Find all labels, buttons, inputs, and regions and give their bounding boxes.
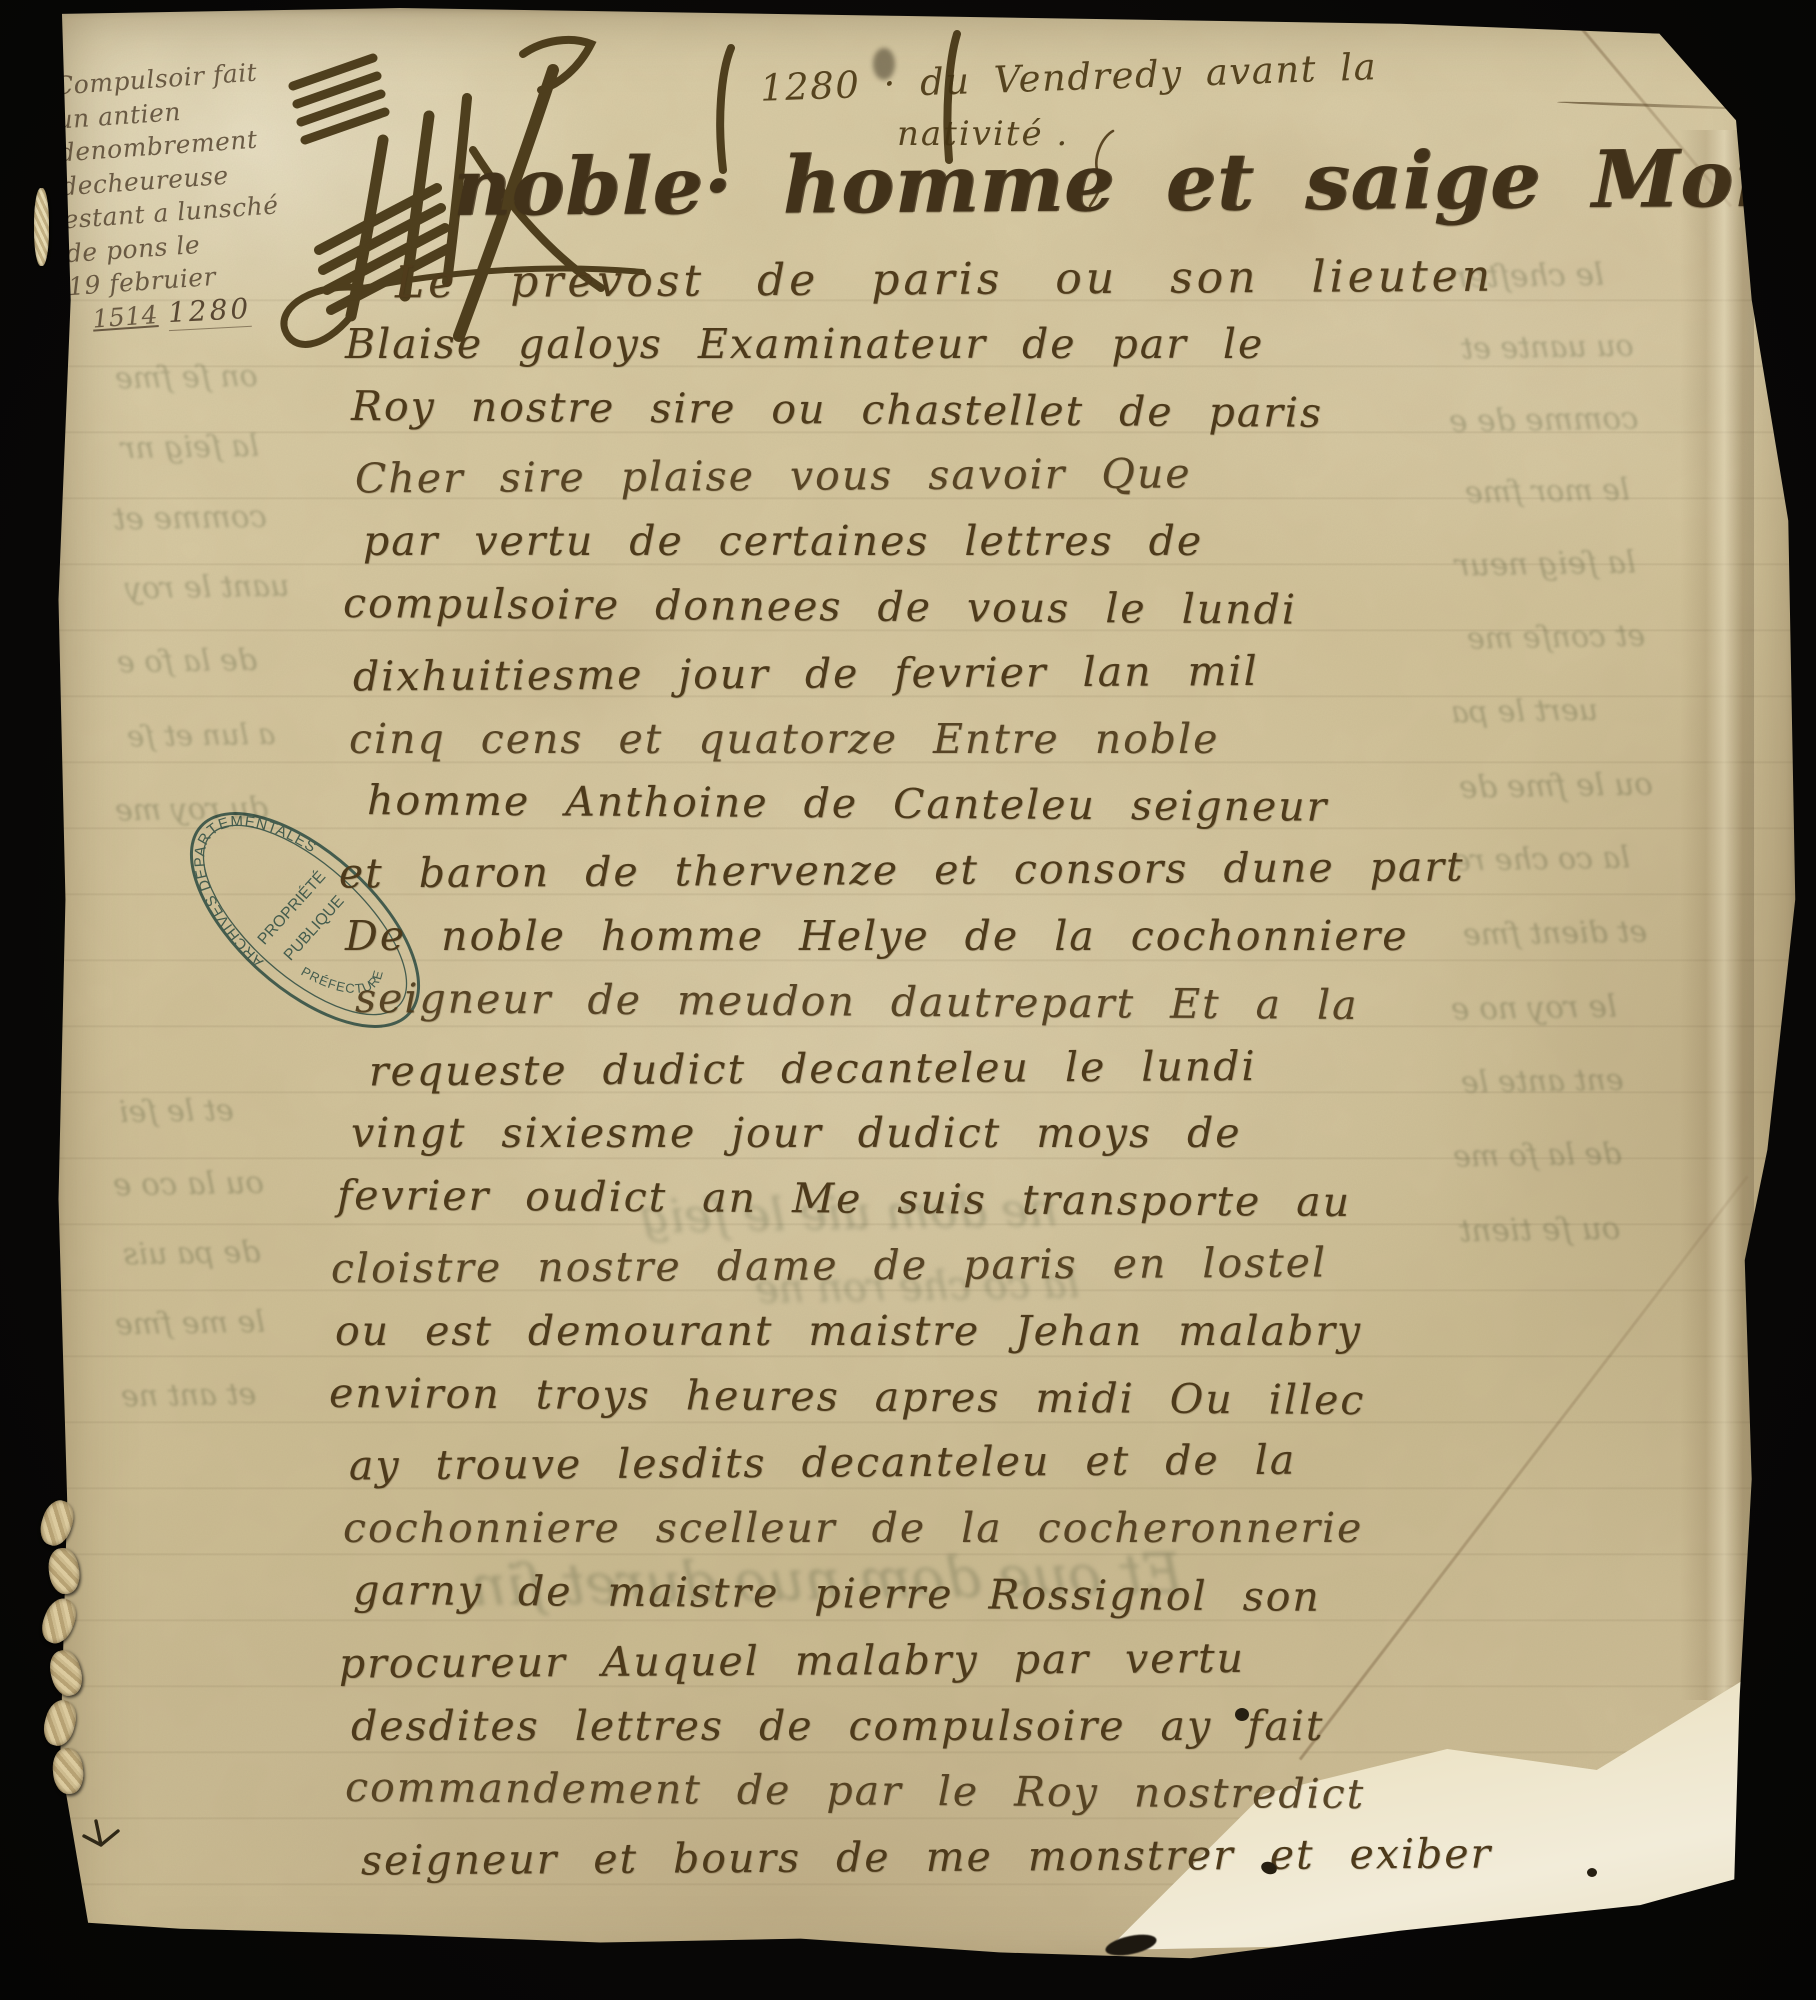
- manuscript-line: environ troys heures apres midi Ou illec: [329, 1368, 1495, 1442]
- vertical-fold: [1680, 130, 1754, 1700]
- manuscript-line: Roy nostre sire ou chastellet de paris: [351, 382, 1495, 456]
- ink-scribble: [1104, 1931, 1159, 1959]
- manuscript-line: compulsoire donnees de vous le lundi: [343, 579, 1495, 653]
- manuscript-line: cochonniere scelleur de la cocheronnerie: [343, 1504, 1494, 1570]
- parchment-sheet: on ſe fme la ſeig nr comme et uant le ro…: [55, 8, 1797, 1980]
- bleedthrough-line: et ant ne: [121, 1377, 257, 1414]
- manuscript-line: et baron de thervenze et consors dune pa…: [339, 843, 1495, 916]
- manuscript-line: homme Anthoine de Canteleu seigneur: [367, 776, 1495, 850]
- manuscript-line: commandement de par le Roy nostredict: [345, 1763, 1495, 1837]
- manuscript-line: requeste dudict decanteleu le lundi: [369, 1040, 1495, 1113]
- manuscript-line: ou est demourant maistre Jehan malabry: [335, 1307, 1494, 1373]
- ink-mark: [76, 1818, 126, 1852]
- manuscript-line: vingt sixiesme jour dudict moys de: [351, 1109, 1494, 1175]
- manuscript-line: procureur Auquel malabry par vertu: [339, 1632, 1495, 1705]
- manuscript-line: Cher sire plaise vous savoir Que: [355, 448, 1495, 521]
- main-heading: noble· homme et saige Monsr: [453, 131, 1816, 234]
- manuscript-line: garny de maistre pierre Rossignol son: [353, 1566, 1495, 1640]
- manuscript-body: Le prevost de paris ou son lieuten Blais…: [345, 254, 1494, 1899]
- manuscript-line: De noble homme Helye de la cochonniere: [345, 912, 1494, 978]
- manuscript-line: seigneur de meudon dautrepart Et a la: [355, 974, 1495, 1048]
- bleedthrough-line: de pa uis: [123, 1235, 261, 1272]
- manuscript-line: seigneur et bours de me monstrer et exib…: [361, 1830, 1495, 1903]
- manuscript-line: ay trouve lesdits decanteleu et de la: [349, 1435, 1495, 1508]
- manuscript-line: fevrier oudict an Me suis transporte au: [337, 1171, 1495, 1245]
- bleedthrough-line: et le ſei: [119, 1093, 234, 1130]
- heading-text: noble· homme et saige Mons: [453, 131, 1816, 234]
- pen-stroke: [1557, 101, 1752, 111]
- bleedthrough-line: comme et: [113, 499, 267, 538]
- binding-thread: [34, 188, 49, 266]
- ink-speck: [1235, 1708, 1249, 1721]
- manuscript-line: par vertu de certaines lettres de: [363, 517, 1494, 583]
- bleedthrough-line: de la fo e: [117, 643, 258, 680]
- photo-background: on ſe fme la ſeig nr comme et uant le ro…: [0, 0, 1816, 2000]
- ink-smudge: [873, 48, 895, 80]
- manuscript-line: Le prevost de paris ou son lieuten: [395, 251, 1495, 324]
- manuscript-line: cloistre nostre dame de paris en lostel: [331, 1237, 1495, 1310]
- bleedthrough-line: uant le roy: [125, 569, 290, 607]
- bleedthrough-line: la ſeig nr: [121, 429, 259, 466]
- manuscript-line: desdites lettres de compulsoire ay fait: [351, 1702, 1494, 1768]
- manuscript-line: dixhuitiesme jour de fevrier lan mil: [353, 645, 1495, 718]
- manuscript-line: cinq cens et quatorze Entre noble: [349, 715, 1494, 781]
- manuscript-line: Blaise galoys Examinateur de par le: [345, 320, 1494, 386]
- bleedthrough-line: le me fme: [115, 1305, 266, 1343]
- ink-speck: [1587, 1868, 1597, 1877]
- bleedthrough-line: ou la co e: [113, 1165, 265, 1204]
